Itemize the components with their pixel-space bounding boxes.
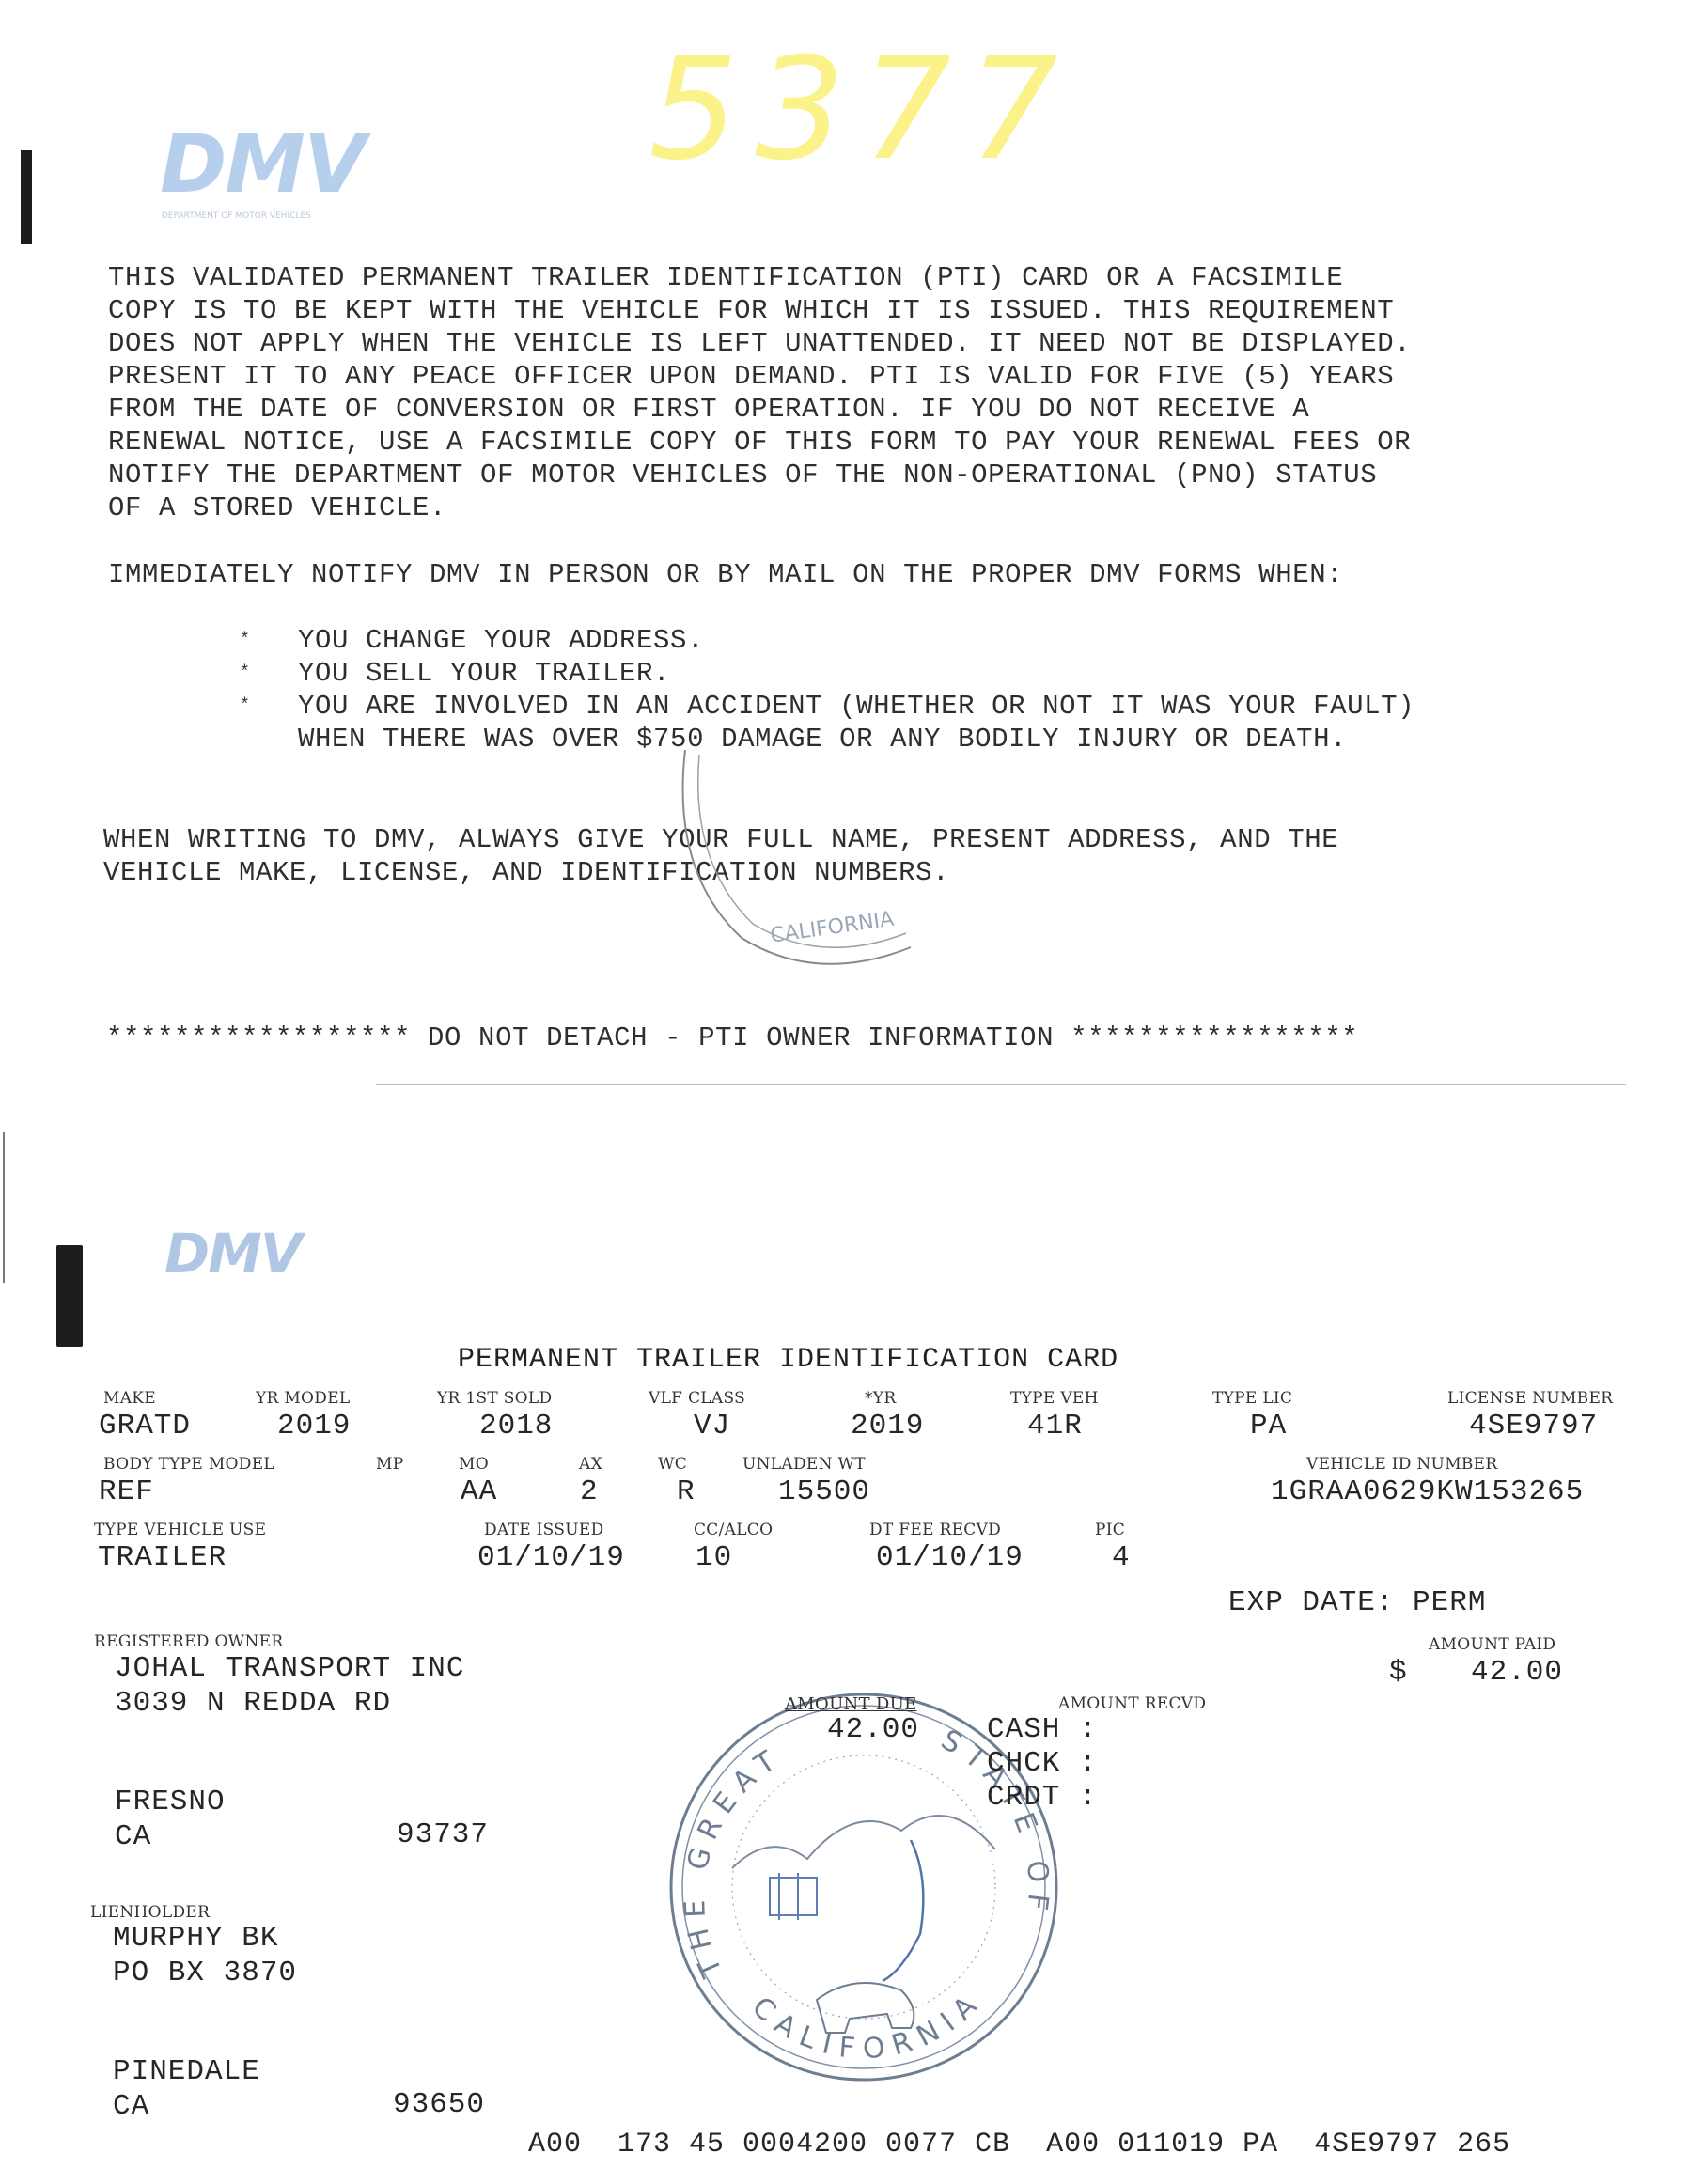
payment-method-cash: CASH :	[987, 1713, 1098, 1746]
bullet-icon: *	[240, 690, 298, 723]
mo-label: MO	[459, 1455, 489, 1474]
type-vehicle-use-value: TRAILER	[98, 1541, 227, 1574]
notice-line: NOTIFY THE DEPARTMENT OF MOTOR VEHICLES …	[108, 459, 1411, 491]
vehicle-id-number-value: 1GRAA0629KW153265	[1271, 1475, 1584, 1508]
cc-alco-value: 10	[696, 1541, 732, 1574]
make-value: GRATD	[99, 1410, 191, 1443]
dmv-logo: DMV DEPARTMENT OF MOTOR VEHICLES	[160, 117, 404, 230]
notice-line: FROM THE DATE OF CONVERSION OR FIRST OPE…	[108, 393, 1411, 426]
cc-alco-label: CC/ALCO	[694, 1521, 773, 1539]
notice-line: THIS VALIDATED PERMANENT TRAILER IDENTIF…	[108, 261, 1411, 294]
card-title: PERMANENT TRAILER IDENTIFICATION CARD	[458, 1344, 1118, 1376]
lienholder-label: LIENHOLDER	[90, 1903, 210, 1922]
seal-text-left: THE GREAT SEAL	[666, 1690, 805, 1983]
yr-model-label: YR MODEL	[256, 1389, 351, 1408]
dmv-logo-text: DMV	[160, 117, 365, 211]
payment-method-check: CHCK :	[987, 1747, 1098, 1780]
wc-value: R	[677, 1475, 696, 1508]
type-veh-value: 41R	[1027, 1410, 1083, 1443]
unladen-wt-label: UNLADEN WT	[742, 1455, 866, 1474]
notify-heading: IMMEDIATELY NOTIFY DMV IN PERSON OR BY M…	[108, 558, 1343, 591]
date-issued-label: DATE ISSUED	[484, 1521, 604, 1539]
amount-paid-currency: $	[1389, 1656, 1408, 1689]
perforation-line	[376, 1084, 1626, 1085]
svg-text:CALIFORNIA: CALIFORNIA	[745, 1983, 990, 2066]
dt-fee-recvd-label: DT FEE RECVD	[869, 1521, 1001, 1539]
type-lic-value: PA	[1250, 1410, 1287, 1443]
lienholder-city: PINEDALE	[113, 2055, 260, 2088]
binder-tab-mark	[56, 1245, 83, 1347]
pic-value: 4	[1112, 1541, 1131, 1574]
left-edge-line	[3, 1132, 5, 1283]
yr-1st-sold-value: 2018	[479, 1410, 553, 1443]
owner-street: 3039 N REDDA RD	[115, 1687, 391, 1720]
ax-value: 2	[580, 1475, 599, 1508]
dmv-card-logo: DMV	[146, 1212, 390, 1334]
license-number-label: LICENSE NUMBER	[1447, 1389, 1613, 1408]
vehicle-id-number-label: VEHICLE ID NUMBER	[1306, 1455, 1498, 1474]
handwritten-number: 5377	[649, 28, 1075, 192]
amount-due-label: AMOUNT DUE	[785, 1694, 917, 1714]
lienholder-name: MURPHY BK	[113, 1922, 278, 1955]
lienholder-street: PO BX 3870	[113, 1957, 297, 1989]
notice-line: PRESENT IT TO ANY PEACE OFFICER UPON DEM…	[108, 360, 1411, 393]
bullet-icon: *	[240, 624, 298, 657]
footer-code-line: A00 173 45 0004200 0077 CB A00 011019 PA…	[528, 2129, 1510, 2161]
make-label: MAKE	[103, 1389, 156, 1408]
owner-city: FRESNO	[115, 1786, 226, 1818]
wc-label: WC	[658, 1455, 687, 1474]
detach-line: ****************** DO NOT DETACH - PTI O…	[106, 1022, 1358, 1054]
owner-name: JOHAL TRANSPORT INC	[115, 1652, 464, 1685]
amount-due-value: 42.00	[827, 1713, 919, 1746]
notify-item-text: YOU CHANGE YOUR ADDRESS.	[298, 625, 704, 656]
type-lic-label: TYPE LIC	[1212, 1389, 1292, 1408]
body-type-model-value: REF	[99, 1475, 154, 1508]
notice-line: RENEWAL NOTICE, USE A FACSIMILE COPY OF …	[108, 426, 1411, 459]
notice-line: DOES NOT APPLY WHEN THE VEHICLE IS LEFT …	[108, 327, 1411, 360]
ax-label: AX	[579, 1455, 602, 1474]
lienholder-state: CA	[113, 2090, 149, 2123]
owner-zip: 93737	[397, 1818, 489, 1851]
amount-recvd-label: AMOUNT RECVD	[1058, 1694, 1206, 1713]
notify-item-text: YOU SELL YOUR TRAILER.	[298, 658, 670, 689]
registered-owner-label: REGISTERED OWNER	[94, 1632, 283, 1651]
amount-paid-label: AMOUNT PAID	[1429, 1635, 1555, 1654]
license-number-value: 4SE9797	[1469, 1410, 1598, 1443]
yr-value: 2019	[851, 1410, 924, 1443]
dmv-logo-tagline: DEPARTMENT OF MOTOR VEHICLES	[162, 211, 311, 221]
svg-text:THE GREAT SEAL: THE GREAT SEAL	[666, 1690, 805, 1983]
type-veh-label: TYPE VEH	[1010, 1389, 1099, 1408]
type-vehicle-use-label: TYPE VEHICLE USE	[94, 1521, 266, 1539]
mp-label: MP	[376, 1455, 403, 1474]
seal-text-bottom: CALIFORNIA	[745, 1983, 990, 2066]
dt-fee-recvd-value: 01/10/19	[876, 1541, 1024, 1574]
date-issued-value: 01/10/19	[477, 1541, 625, 1574]
notice-paragraph: THIS VALIDATED PERMANENT TRAILER IDENTIF…	[108, 261, 1411, 524]
pic-label: PIC	[1095, 1521, 1125, 1539]
lienholder-zip: 93650	[393, 2088, 485, 2121]
vlf-class-label: VLF CLASS	[649, 1389, 745, 1408]
notify-list-item: *YOU CHANGE YOUR ADDRESS.	[240, 624, 1414, 657]
yr-1st-sold-label: YR 1ST SOLD	[437, 1389, 552, 1408]
yr-model-value: 2019	[277, 1410, 351, 1443]
mo-value: AA	[461, 1475, 497, 1508]
yr-label: *YR	[865, 1389, 896, 1408]
owner-state: CA	[115, 1820, 151, 1853]
body-type-model-label: BODY TYPE MODEL	[103, 1455, 274, 1474]
exp-date: EXP DATE: PERM	[1228, 1586, 1486, 1619]
notice-line: OF A STORED VEHICLE.	[108, 491, 1411, 524]
seal-remnant: CALIFORNIA	[649, 714, 949, 959]
dmv-card-logo-text: DMV	[164, 1222, 301, 1286]
binder-tab-mark	[21, 150, 32, 244]
unladen-wt-value: 15500	[778, 1475, 870, 1508]
payment-method-credit: CRDT :	[987, 1781, 1098, 1814]
amount-paid-value: 42.00	[1471, 1656, 1563, 1689]
notify-list-item: *YOU SELL YOUR TRAILER.	[240, 657, 1414, 690]
bullet-icon: *	[240, 657, 298, 690]
notice-line: COPY IS TO BE KEPT WITH THE VEHICLE FOR …	[108, 294, 1411, 327]
vlf-class-value: VJ	[694, 1410, 730, 1443]
